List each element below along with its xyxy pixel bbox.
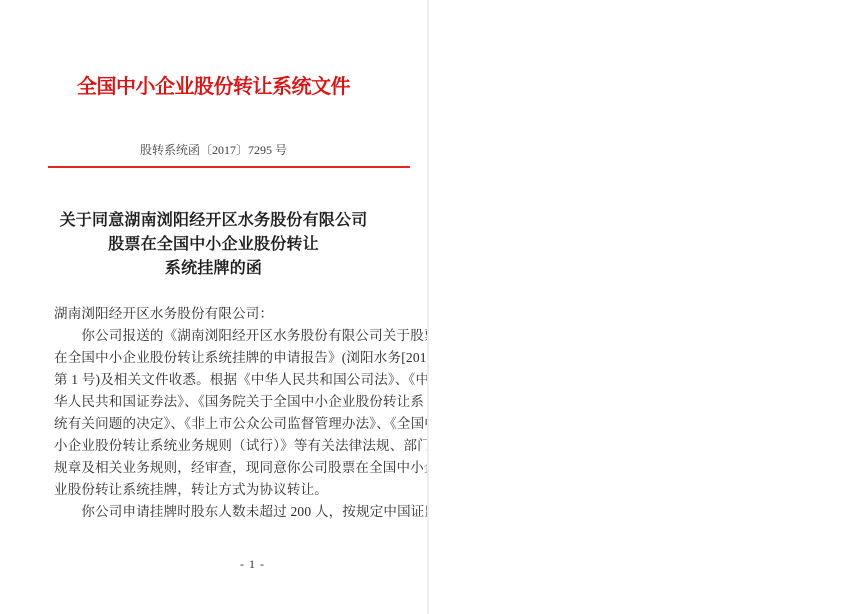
document-title-line: 股票在全国中小企业股份转让: [0, 233, 427, 257]
body-line: 规章及相关业务规则，经审查，现同意你公司股票在全国中小企: [54, 457, 408, 479]
body-line: 你公司报送的《湖南浏阳经开区水务股份有限公司关于股票: [54, 325, 408, 347]
letterhead-title: 全国中小企业股份转让系统文件: [0, 70, 427, 99]
body-line: 第 1 号)及相关文件收悉。根据《中华人民共和国公司法》、《中: [54, 369, 408, 391]
body-line: 华人民共和国证券法》、《国务院关于全国中小企业股份转让系: [54, 391, 408, 413]
scanned-document-canvas: 全国中小企业股份转让系统文件 股转系统函〔2017〕7295 号 关于同意湖南浏…: [0, 0, 842, 614]
body-line: 你公司申请挂牌时股东人数未超过 200 人，按规定中国证监: [54, 501, 408, 523]
document-page-2: 会豁免核准你公司股票公开转让，你公司挂牌后纳入非上市公众公司监管。请你公司按照有…: [429, 0, 842, 614]
body-text-page-1: 湖南浏阳经开区水务股份有限公司： 你公司报送的《湖南浏阳经开区水务股份有限公司关…: [54, 303, 408, 523]
body-line: 在全国中小企业股份转让系统挂牌的申请报告》(浏阳水务[2017]: [54, 347, 408, 369]
document-reference-number: 股转系统函〔2017〕7295 号: [0, 141, 427, 158]
letterhead-divider-rule: [48, 166, 410, 168]
body-line: 湖南浏阳经开区水务股份有限公司：: [54, 303, 408, 325]
document-title-line: 系统挂牌的函: [0, 257, 427, 281]
document-title-line: 关于同意湖南浏阳经开区水务股份有限公司: [0, 209, 427, 233]
document-title: 关于同意湖南浏阳经开区水务股份有限公司股票在全国中小企业股份转让系统挂牌的函: [0, 209, 427, 281]
page-number-1: - 1 -: [240, 557, 265, 572]
document-page-1: 全国中小企业股份转让系统文件 股转系统函〔2017〕7295 号 关于同意湖南浏…: [0, 0, 427, 614]
body-line: 统有关问题的决定》、《非上市公众公司监督管理办法》、《全国中: [54, 413, 408, 435]
body-line: 业股份转让系统挂牌，转让方式为协议转让。: [54, 479, 408, 501]
body-line: 小企业股份转让系统业务规则（试行）》等有关法律法规、部门: [54, 435, 408, 457]
